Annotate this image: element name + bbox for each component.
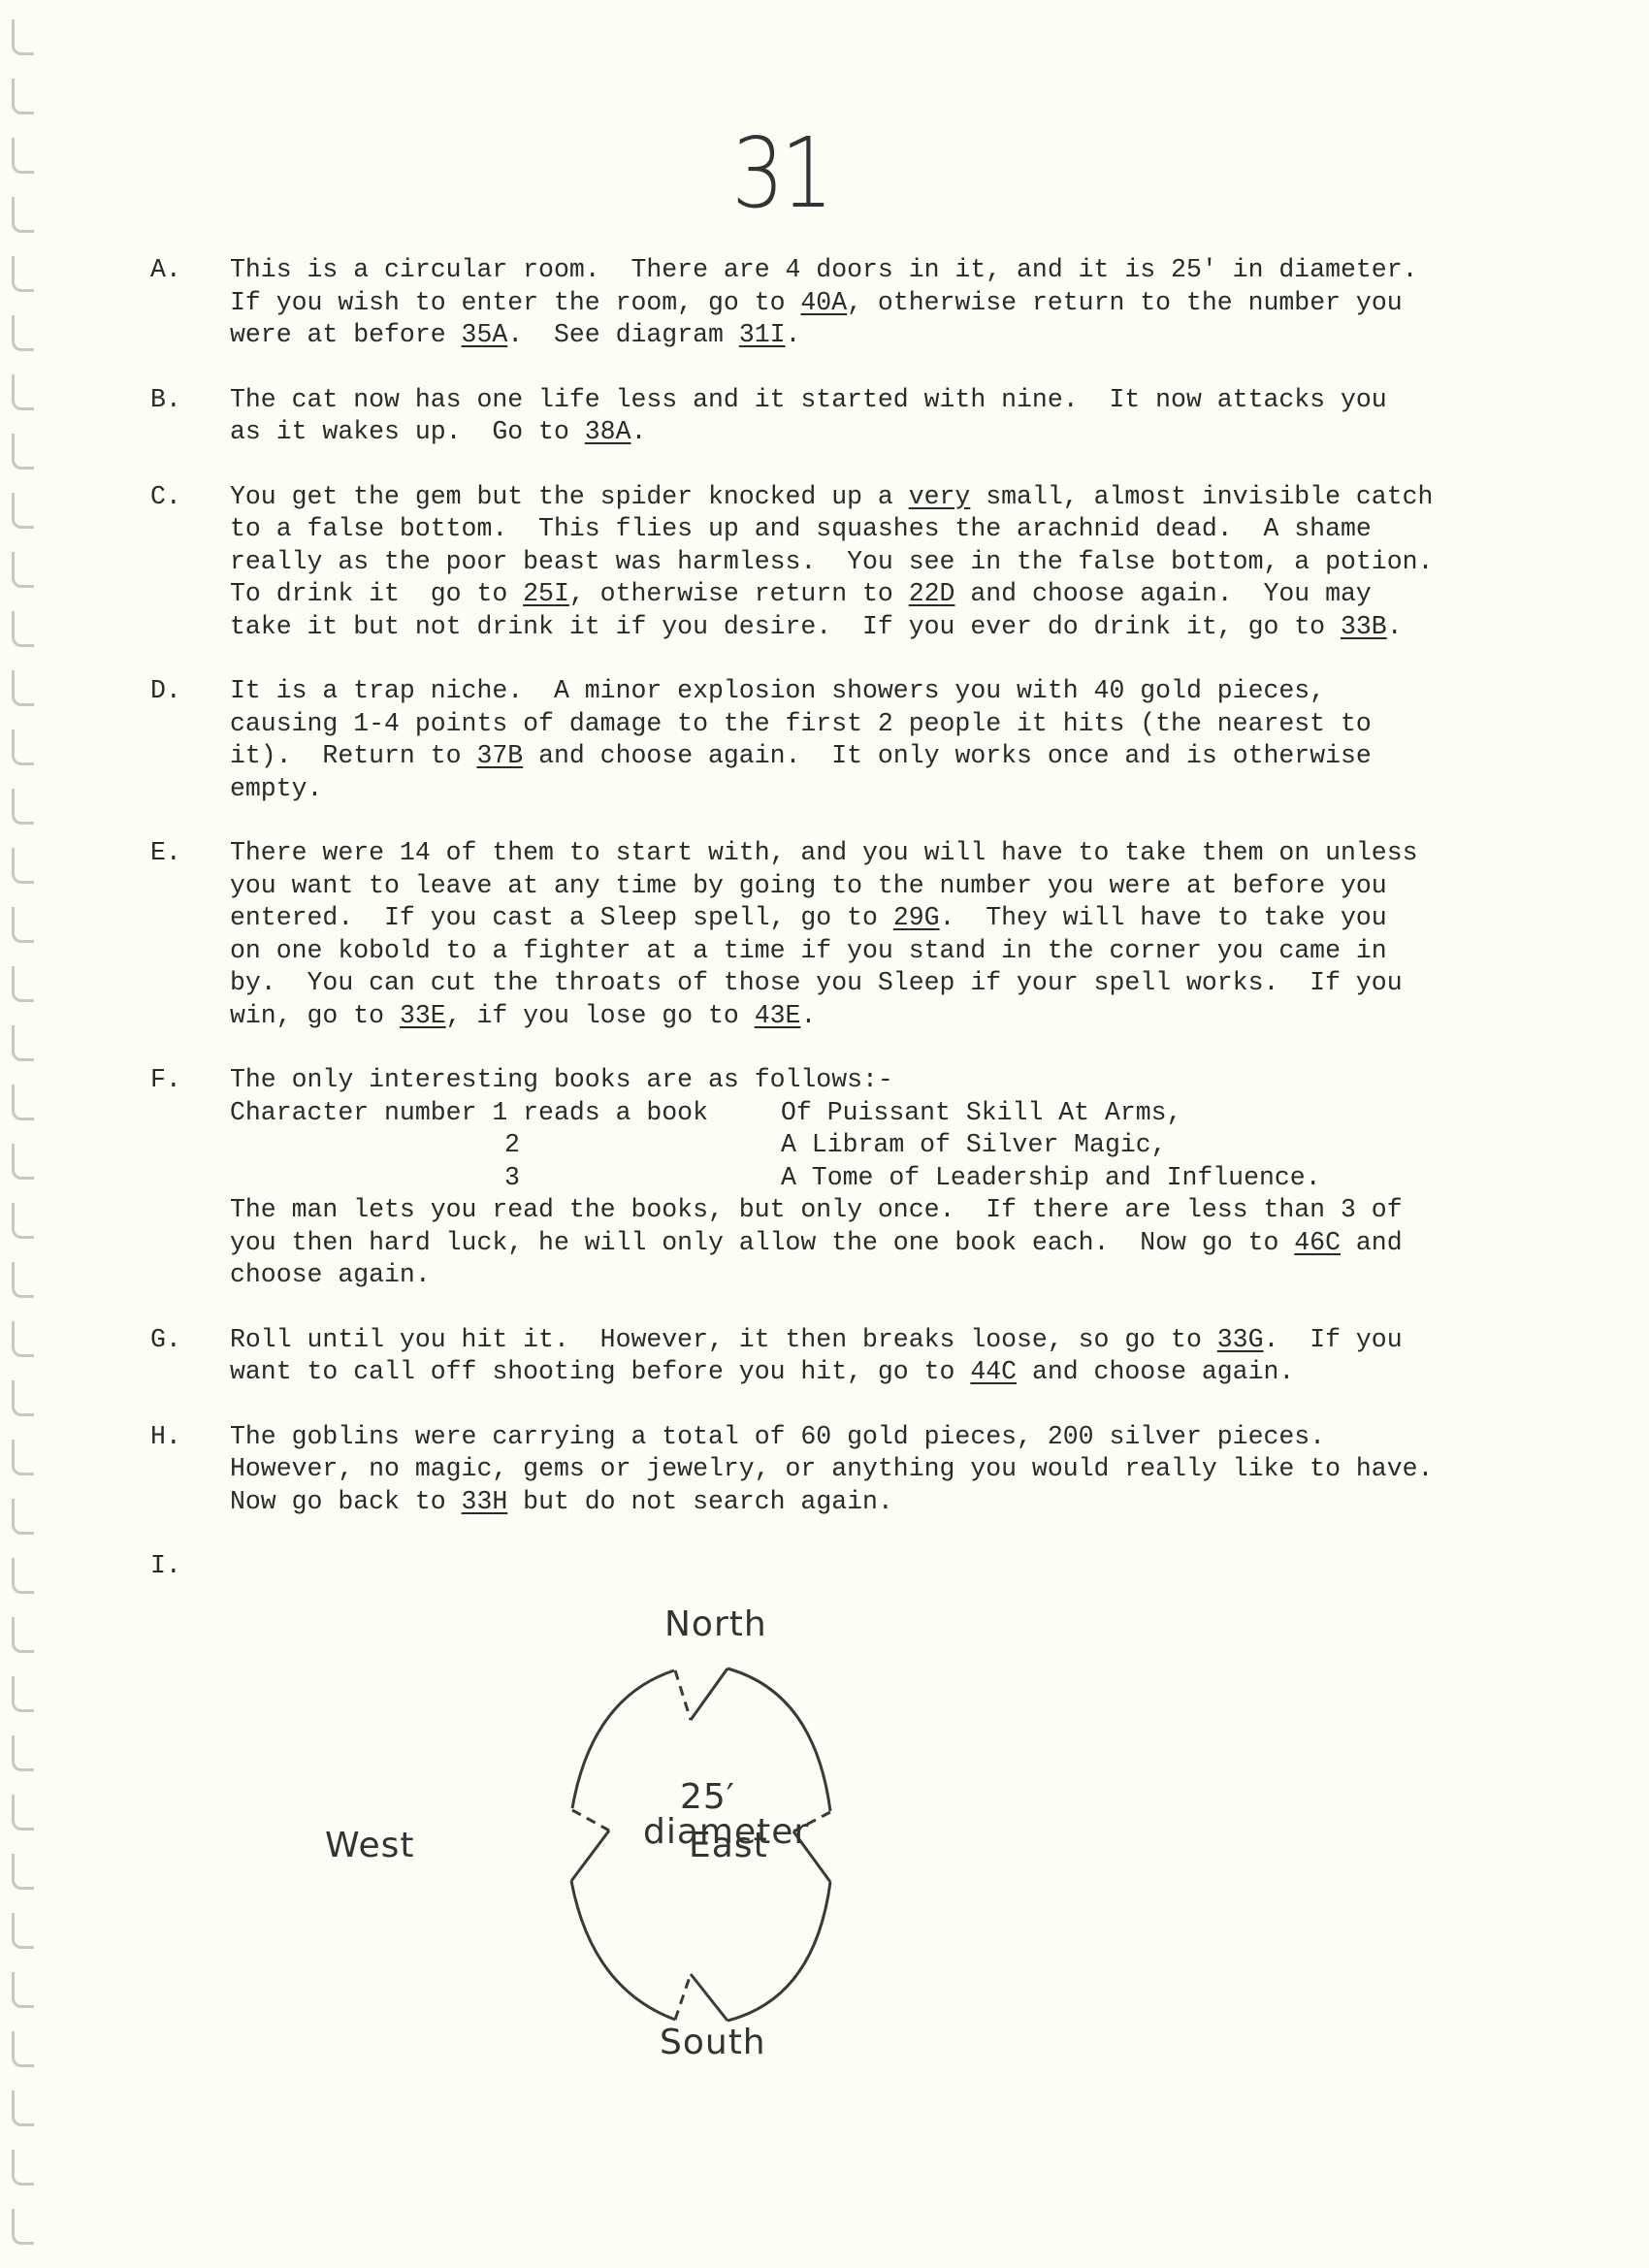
binding-ring: [12, 552, 34, 588]
books-intro: The only interesting books are as follow…: [230, 1064, 1508, 1097]
binding-ring: [12, 1795, 34, 1831]
entry-text: , otherwise return to: [569, 579, 909, 608]
binding-ring: [12, 19, 34, 55]
binding-ring: [12, 1972, 34, 2008]
binding-ring: [12, 966, 34, 1002]
binding-ring: [12, 256, 34, 292]
binding-ring: [12, 2150, 34, 2186]
cross-reference-link[interactable]: 29G: [893, 903, 940, 932]
entry-letter: H.: [150, 1421, 230, 1519]
entry-letter: D.: [150, 675, 230, 805]
binding-ring: [12, 2090, 34, 2126]
north-label: North: [664, 1604, 767, 1644]
entry-body: There were 14 of them to start with, and…: [230, 837, 1508, 1032]
entry-a: A.This is a circular room. There are 4 d…: [150, 254, 1508, 352]
binding-ring: [12, 1558, 34, 1594]
cross-reference-link[interactable]: 22D: [909, 579, 955, 608]
binding-ring: [12, 848, 34, 884]
book-title: Of Puissant Skill At Arms,: [781, 1097, 1508, 1130]
binding-ring: [12, 138, 34, 174]
room-diagram: North South West East 25′ diameter: [446, 1591, 1183, 2134]
entry-text: but do not search again.: [507, 1487, 893, 1516]
binding-ring: [12, 1676, 34, 1712]
entry-text: . See diagram: [507, 320, 739, 349]
entry-letter: A.: [150, 254, 230, 352]
binding-ring: [12, 1440, 34, 1475]
binding-ring: [12, 1144, 34, 1180]
binding-ring: [12, 1380, 34, 1416]
binding-ring: [12, 2031, 34, 2067]
binding-ring: [12, 611, 34, 647]
binding-ring: [12, 2209, 34, 2245]
entry-letter: E.: [150, 837, 230, 1032]
binding-ring: [12, 1262, 34, 1298]
circular-room-outline: [446, 1591, 1183, 2134]
binding-ring: [12, 1913, 34, 1949]
cross-reference-link[interactable]: 43E: [755, 1001, 801, 1030]
entry-body: [230, 1550, 1508, 1583]
book-title: A Tome of Leadership and Influence.: [781, 1162, 1508, 1195]
binding-ring: [12, 1321, 34, 1357]
cross-reference-link[interactable]: 40A: [800, 288, 847, 317]
entry-h: H.The goblins were carrying a total of 6…: [150, 1421, 1508, 1519]
book-title: A Libram of Silver Magic,: [781, 1129, 1508, 1162]
books-list: Character number 1 reads a bookOf Puissa…: [230, 1097, 1508, 1195]
entry-d: D.It is a trap niche. A minor explosion …: [150, 675, 1508, 805]
entry-body: The only interesting books are as follow…: [230, 1064, 1508, 1292]
entry-letter: B.: [150, 384, 230, 449]
spiral-binding: [0, 0, 45, 2268]
entry-body: It is a trap niche. A minor explosion sh…: [230, 675, 1508, 805]
entry-g: G.Roll until you hit it. However, it the…: [150, 1324, 1508, 1389]
binding-ring: [12, 1735, 34, 1771]
entry-text: .: [1387, 612, 1403, 641]
binding-ring: [12, 907, 34, 943]
west-label: West: [325, 1826, 415, 1865]
entry-text: Roll until you hit it. However, it then …: [230, 1325, 1217, 1354]
entry-letter: G.: [150, 1324, 230, 1389]
entry-letter: I.: [150, 1550, 230, 1583]
binding-ring: [12, 315, 34, 351]
cross-reference-link[interactable]: 31I: [739, 320, 786, 349]
entry-text: The man lets you read the books, but onl…: [230, 1195, 1403, 1257]
binding-ring: [12, 789, 34, 825]
binding-ring: [12, 79, 34, 114]
page-number: 31: [117, 116, 1445, 230]
entry-body: This is a circular room. There are 4 doo…: [230, 254, 1508, 352]
entry-body: The cat now has one life less and it sta…: [230, 384, 1508, 449]
binding-ring: [12, 1203, 34, 1239]
book-character-number: 3: [230, 1162, 781, 1195]
binding-ring: [12, 729, 34, 765]
entry-i: I.: [150, 1550, 1508, 1583]
cross-reference-link[interactable]: 33H: [462, 1487, 508, 1516]
cross-reference-link[interactable]: 33E: [400, 1001, 446, 1030]
south-label: South: [660, 2023, 766, 2062]
entry-body: The goblins were carrying a total of 60 …: [230, 1421, 1508, 1519]
cross-reference-link[interactable]: 38A: [585, 417, 631, 446]
binding-ring: [12, 374, 34, 410]
binding-ring: [12, 1499, 34, 1535]
cross-reference-link[interactable]: 46C: [1294, 1228, 1341, 1257]
cross-reference-link[interactable]: 44C: [970, 1357, 1017, 1386]
entries-list: A.This is a circular room. There are 4 d…: [150, 254, 1508, 1615]
entry-letter: F.: [150, 1064, 230, 1292]
cross-reference-link[interactable]: 33G: [1217, 1325, 1264, 1354]
cross-reference-link[interactable]: 37B: [476, 741, 523, 770]
entry-e: E.There were 14 of them to start with, a…: [150, 837, 1508, 1032]
entry-text: .: [630, 417, 646, 446]
binding-ring: [12, 197, 34, 233]
entry-c: C.You get the gem but the spider knocked…: [150, 481, 1508, 644]
entry-body: Roll until you hit it. However, it then …: [230, 1324, 1508, 1389]
binding-ring: [12, 1617, 34, 1653]
entry-text: .: [800, 1001, 816, 1030]
entry-letter: C.: [150, 481, 230, 644]
entry-text: .: [786, 320, 801, 349]
binding-ring: [12, 493, 34, 529]
entry-b: B.The cat now has one life less and it s…: [150, 384, 1508, 449]
entry-text: , if you lose go to: [446, 1001, 755, 1030]
entry-f: F.The only interesting books are as foll…: [150, 1064, 1508, 1292]
entry-text: and choose again.: [1017, 1357, 1294, 1386]
binding-ring: [12, 1854, 34, 1890]
book-character-number: 2: [230, 1129, 781, 1162]
cross-reference-link[interactable]: 35A: [462, 320, 508, 349]
cross-reference-link[interactable]: 33B: [1341, 612, 1387, 641]
diameter-caption: diameter: [643, 1812, 809, 1852]
binding-ring: [12, 434, 34, 470]
entry-text: The cat now has one life less and it sta…: [230, 385, 1387, 447]
entry-body: You get the gem but the spider knocked u…: [230, 481, 1508, 644]
entry-text: You get the gem but the spider knocked u…: [230, 482, 909, 511]
binding-ring: [12, 1025, 34, 1061]
book-character-number: Character number 1 reads a book: [230, 1097, 781, 1130]
binding-ring: [12, 1085, 34, 1120]
binding-ring: [12, 670, 34, 706]
cross-reference-link[interactable]: 25I: [523, 579, 569, 608]
cross-reference-link[interactable]: very: [909, 482, 971, 511]
diameter-value: 25′: [680, 1777, 735, 1817]
